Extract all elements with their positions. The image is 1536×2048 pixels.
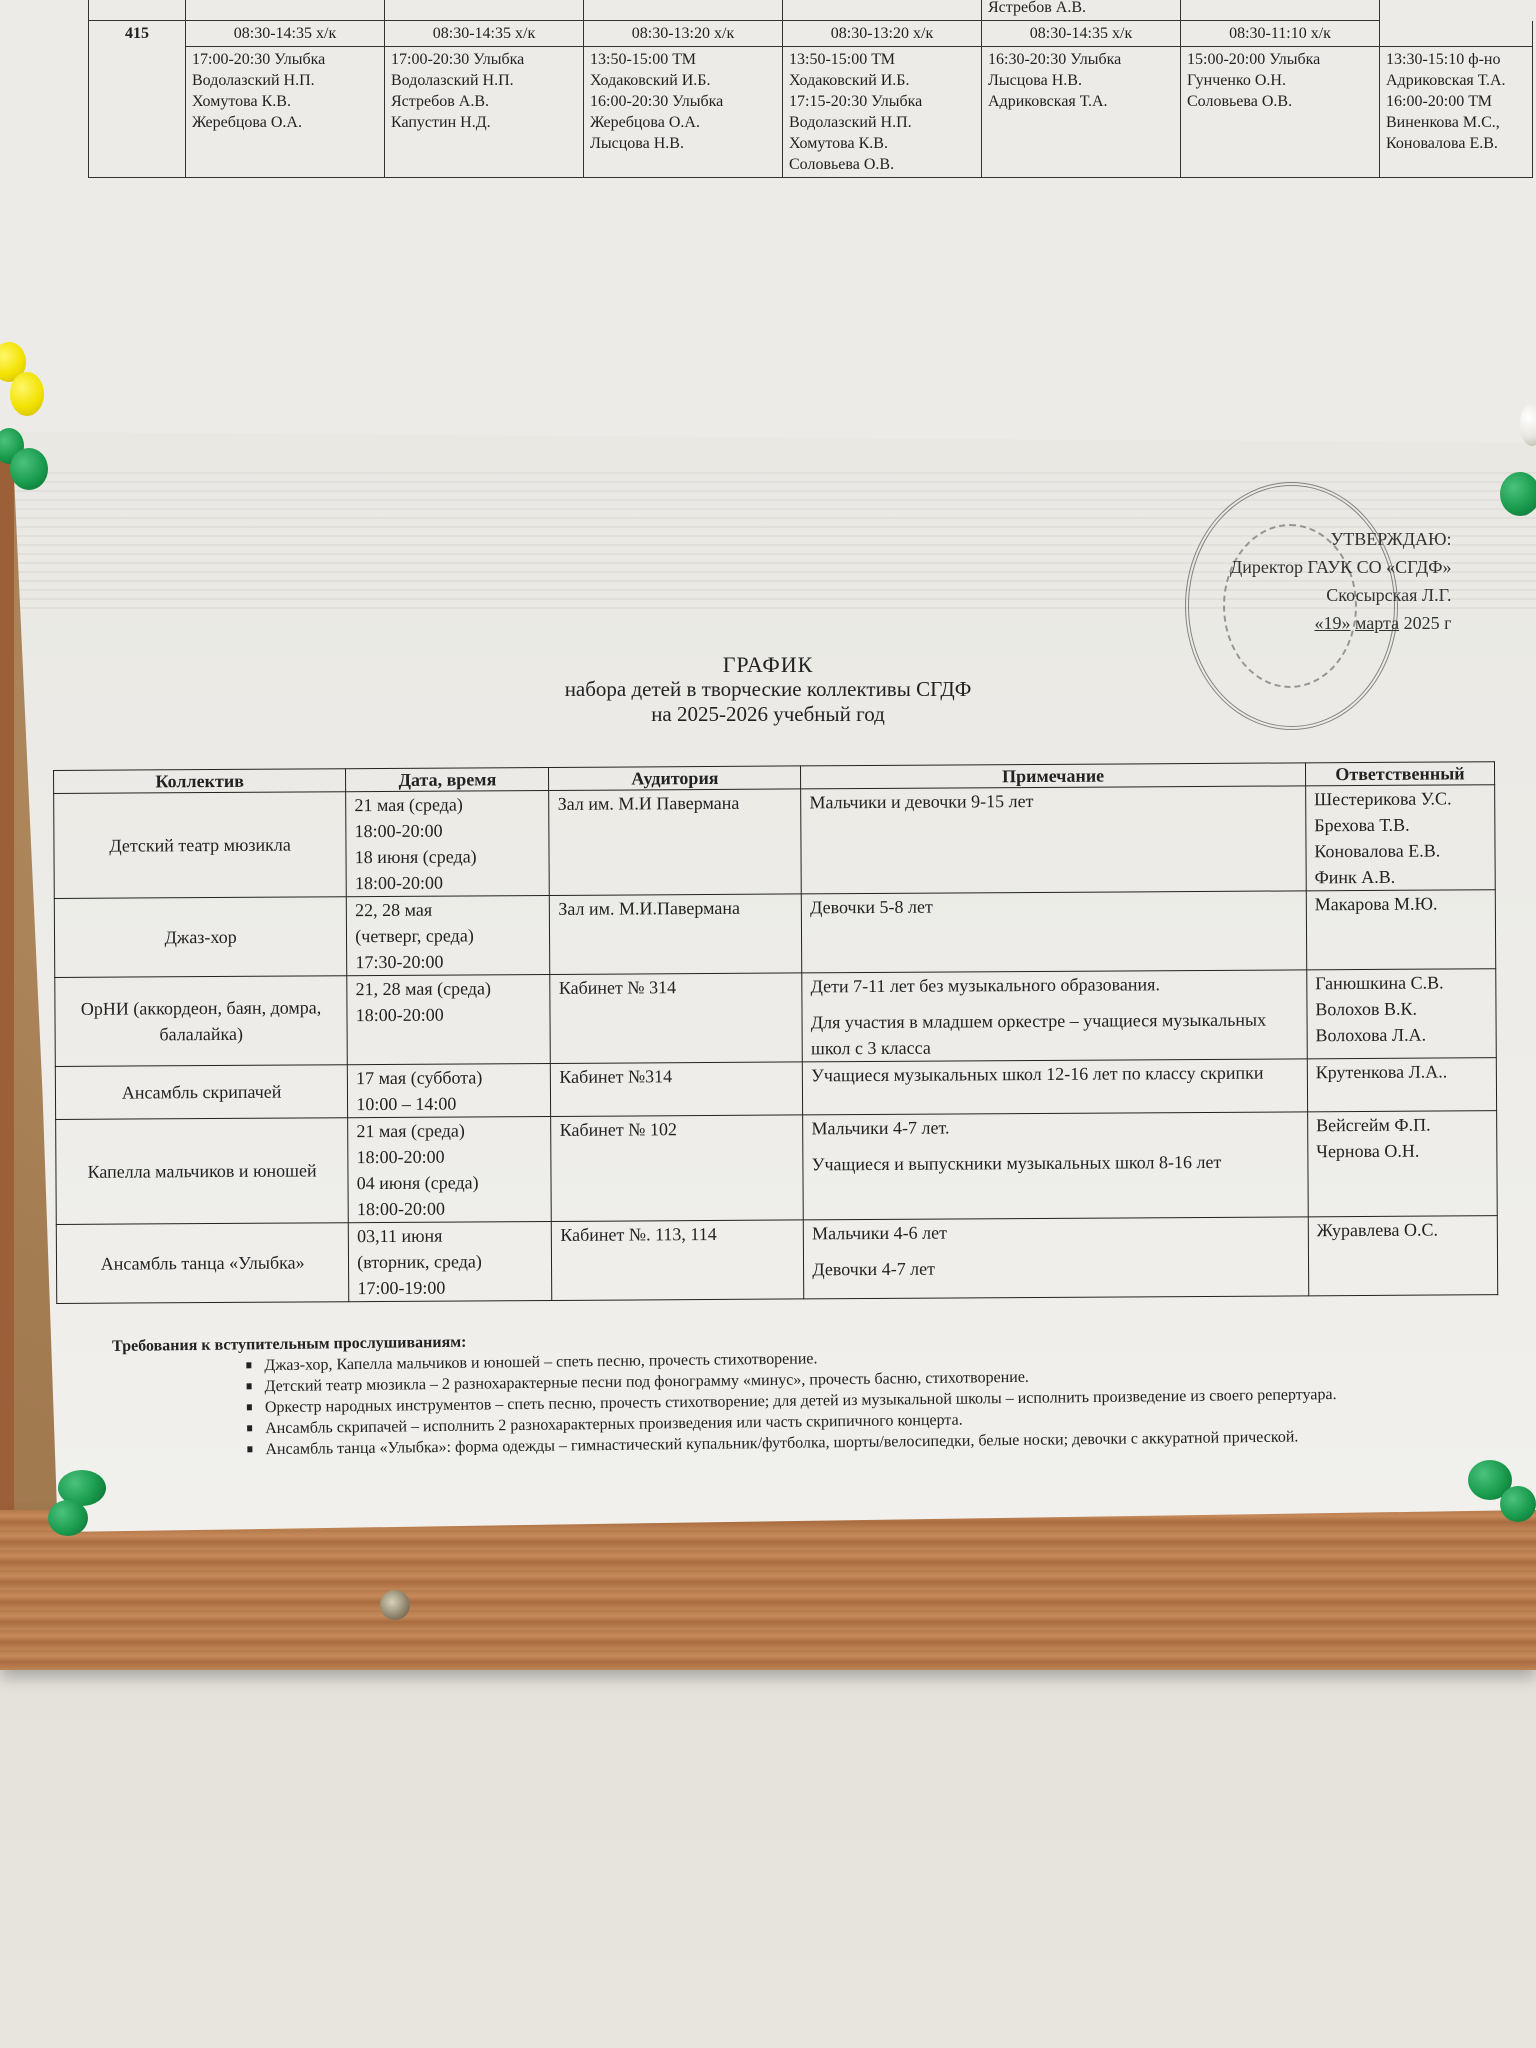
text-line: Макарова М.Ю. xyxy=(1315,890,1487,917)
text-line: Водолазский Н.П. xyxy=(391,70,577,91)
timetable-shift-row: 415 08:30-14:35 х/к 08:30-14:35 х/к 08:3… xyxy=(89,21,1533,47)
text-line: Журавлева О.С. xyxy=(1317,1216,1489,1243)
text-line: 21 мая (среда) xyxy=(354,791,540,818)
approval-date: «19» марта 2025 г xyxy=(1230,609,1451,637)
cell-date-time: 17 мая (суббота)10:00 – 14:00 xyxy=(348,1063,552,1117)
table-row: Детский театр мюзикла21 мая (среда)18:00… xyxy=(54,785,1496,899)
text-line: 17:00-19:00 xyxy=(357,1274,543,1301)
text-line: Вейсгейм Ф.П. xyxy=(1316,1111,1488,1138)
text-line: Мальчики 4-7 лет. xyxy=(811,1112,1299,1141)
text-line: Крутенкова Л.А.. xyxy=(1316,1058,1488,1085)
recruitment-schedule-table: Коллектив Дата, время Аудитория Примечан… xyxy=(53,761,1498,1304)
text-line: Мальчики 4-6 лет xyxy=(812,1217,1300,1246)
document-subtitle: набора детей в творческие коллективы СГД… xyxy=(0,677,1536,702)
document-title: ГРАФИК xyxy=(0,652,1536,677)
cell-responsible: Шестерикова У.С.Брехова Т.В.Коновалова Е… xyxy=(1305,785,1495,891)
activity-cell: 13:30-15:10 ф-ноАдриковская Т.А.16:00-20… xyxy=(1380,47,1533,178)
green-pin-icon xyxy=(1500,1486,1536,1522)
screw-icon xyxy=(380,1590,410,1620)
text-line: Соловьева О.В. xyxy=(789,154,975,175)
text-line: 18:00-20:00 xyxy=(355,817,541,844)
text-line: Соловьева О.В. xyxy=(1187,91,1373,112)
cell-date-time: 21 мая (среда)18:00-20:0018 июня (среда)… xyxy=(346,790,550,896)
activity-cell: 15:00-20:00 УлыбкаГунченко О.Н.Соловьева… xyxy=(1181,47,1380,178)
timetable-prev-row: Ястребов А.В. xyxy=(89,0,1533,21)
cell-note: Мальчики 4-7 лет.Учащиеся и выпускники м… xyxy=(803,1112,1308,1220)
text-line: Волохова Л.А. xyxy=(1315,1021,1487,1048)
text-line: Коновалова Е.В. xyxy=(1314,837,1486,864)
text-line: 17:00-20:30 Улыбка xyxy=(391,49,577,70)
text-line: Лысцова Н.В. xyxy=(590,133,776,154)
text-line: Учащиеся и выпускники музыкальных школ 8… xyxy=(812,1148,1300,1177)
activity-cell: 13:50-15:00 ТМХодаковский И.Б.17:15-20:3… xyxy=(783,47,982,178)
text-line: 21, 28 мая (среда) xyxy=(355,975,541,1002)
cell-collective: Джаз-хор xyxy=(54,897,347,978)
shift-cell: 08:30-13:20 х/к xyxy=(783,21,982,47)
yellow-pin-icon xyxy=(10,372,44,416)
room-number: 415 xyxy=(89,21,186,178)
text-line: 22, 28 мая xyxy=(355,896,541,923)
table-row: Ансамбль танца «Улыбка»03,11 июня(вторни… xyxy=(56,1216,1497,1304)
text-line: (вторник, среда) xyxy=(357,1248,543,1275)
shift-cell: 08:30-11:10 х/к xyxy=(1181,21,1380,47)
cell-responsible: Ганюшкина С.В.Волохов В.К.Волохова Л.А. xyxy=(1307,969,1497,1059)
green-pin-icon xyxy=(1500,472,1536,516)
cell-note: Мальчики 4-6 летДевочки 4-7 лет xyxy=(804,1217,1309,1299)
approval-heading: УТВЕРЖДАЮ: xyxy=(1230,525,1451,553)
cell-collective: ОрНИ (аккордеон, баян, домра, балалайка) xyxy=(55,976,348,1067)
text-line: 17 мая (суббота) xyxy=(356,1064,542,1091)
approval-position: Директор ГАУК СО «СГДФ» xyxy=(1230,553,1451,581)
text-line: 18:00-20:00 xyxy=(357,1195,543,1222)
cell-date-time: 22, 28 мая(четверг, среда)17:30-20:00 xyxy=(347,895,551,975)
text-line: 18 июня (среда) xyxy=(355,843,541,870)
text-line: 03,11 июня xyxy=(357,1222,543,1249)
shift-cell: 08:30-14:35 х/к xyxy=(385,21,584,47)
audition-requirements: Требования к вступительным прослушивания… xyxy=(112,1319,1483,1462)
text-line: (четверг, среда) xyxy=(355,922,541,949)
cell-note: Девочки 5-8 лет xyxy=(802,891,1307,973)
text-line: 17:30-20:00 xyxy=(355,948,541,975)
text-line: Хомутова К.В. xyxy=(789,133,975,154)
cell-room: Кабинет №. 113, 114 xyxy=(552,1220,804,1301)
text-line: 17:15-20:30 Улыбка xyxy=(789,91,975,112)
board-frame-bottom xyxy=(0,1510,1536,1670)
text-line: 16:00-20:00 ТМ xyxy=(1386,91,1526,112)
activity-cell: 16:30-20:30 УлыбкаЛысцова Н.В.Адриковска… xyxy=(982,47,1181,178)
text-line: Учащиеся музыкальных школ 12-16 лет по к… xyxy=(811,1059,1299,1088)
green-pin-icon xyxy=(10,448,48,490)
cell-room: Кабинет № 102 xyxy=(551,1115,803,1222)
table-row: Джаз-хор22, 28 мая(четверг, среда)17:30-… xyxy=(54,890,1495,978)
cell-collective: Капелла мальчиков и юношей xyxy=(56,1118,349,1225)
cell-note: Учащиеся музыкальных школ 12-16 лет по к… xyxy=(803,1059,1308,1115)
text-line: Жеребцова О.А. xyxy=(590,112,776,133)
shift-cell: 08:30-14:35 х/к xyxy=(982,21,1181,47)
text-line: Капустин Н.Д. xyxy=(391,112,577,133)
text-line: 17:00-20:30 Улыбка xyxy=(192,49,378,70)
header-room: Аудитория xyxy=(549,766,801,791)
text-line: 18:00-20:00 xyxy=(356,1001,542,1028)
shift-cell: 08:30-13:20 х/к xyxy=(584,21,783,47)
text-line: Водолазский Н.П. xyxy=(192,70,378,91)
cell-note: Дети 7-11 лет без музыкального образован… xyxy=(802,970,1307,1062)
text-line: Ястребов А.В. xyxy=(391,91,577,112)
document-title-block: ГРАФИК набора детей в творческие коллект… xyxy=(0,652,1536,727)
table-row: ОрНИ (аккордеон, баян, домра, балалайка)… xyxy=(55,969,1497,1067)
cell-room: Кабинет №314 xyxy=(551,1062,803,1117)
header-note: Примечание xyxy=(801,763,1306,789)
header-collective: Коллектив xyxy=(54,769,346,794)
cell-responsible: Крутенкова Л.А.. xyxy=(1307,1058,1496,1112)
activity-cell: 17:00-20:30 УлыбкаВодолазский Н.П.Ястреб… xyxy=(385,47,584,178)
text-line: 13:30-15:10 ф-но xyxy=(1386,49,1526,70)
text-line: Виненкова М.С., xyxy=(1386,112,1526,133)
cell-date-time: 03,11 июня(вторник, среда)17:00-19:00 xyxy=(349,1221,553,1301)
document-year: на 2025-2026 учебный год xyxy=(0,702,1536,727)
text-line: Волохов В.К. xyxy=(1315,995,1487,1022)
requirements-list: Джаз-хор, Капелла мальчиков и юношей – с… xyxy=(112,1340,1483,1462)
cell-collective: Ансамбль скрипачей xyxy=(55,1065,348,1120)
text-line: Шестерикова У.С. xyxy=(1314,785,1486,812)
text-line: Адриковская Т.А. xyxy=(988,91,1174,112)
text-line: 18:00-20:00 xyxy=(357,1143,543,1170)
approval-signatory: Скосырская Л.Г. xyxy=(1230,581,1451,609)
text-line: Брехова Т.В. xyxy=(1314,811,1486,838)
text-line: Девочки 5-8 лет xyxy=(810,891,1298,920)
shift-cell: 08:30-14:35 х/к xyxy=(186,21,385,47)
approval-block: УТВЕРЖДАЮ: Директор ГАУК СО «СГДФ» Скосы… xyxy=(1230,525,1451,637)
text-line: Ганюшкина С.В. xyxy=(1315,969,1487,996)
text-line: Водолазский Н.П. xyxy=(789,112,975,133)
text-line: 16:00-20:30 Улыбка xyxy=(590,91,776,112)
cell-room: Зал им. М.И.Павермана xyxy=(550,894,802,975)
green-pin-icon xyxy=(48,1500,88,1536)
text-line: Финк А.В. xyxy=(1314,863,1486,890)
text-line: Лысцова Н.В. xyxy=(988,70,1174,91)
text-line: 13:50-15:00 ТМ xyxy=(590,49,776,70)
table-body: Детский театр мюзикла21 мая (среда)18:00… xyxy=(54,785,1498,1304)
cell-responsible: Журавлева О.С. xyxy=(1308,1216,1498,1296)
text-line: Девочки 4-7 лет xyxy=(812,1253,1300,1282)
cell-collective: Ансамбль танца «Улыбка» xyxy=(56,1223,349,1304)
text-line: Для участия в младшем оркестре – учащиес… xyxy=(811,1006,1299,1061)
cell-responsible: Вейсгейм Ф.П.Чернова О.Н. xyxy=(1307,1111,1497,1217)
cell-date-time: 21 мая (среда)18:00-20:0004 июня (среда)… xyxy=(348,1116,552,1222)
activity-cell: 13:50-15:00 ТМХодаковский И.Б.16:00-20:3… xyxy=(584,47,783,178)
activity-cell: 17:00-20:30 УлыбкаВодолазский Н.П.Хомуто… xyxy=(186,47,385,178)
text-line: 13:50-15:00 ТМ xyxy=(789,49,975,70)
cell-collective: Детский театр мюзикла xyxy=(54,792,347,899)
text-line: Адриковская Т.А. xyxy=(1386,70,1526,91)
cell-note: Мальчики и девочки 9-15 лет xyxy=(801,786,1306,894)
room-timetable: Ястребов А.В. 415 08:30-14:35 х/к 08:30-… xyxy=(88,0,1533,178)
text-line: Мальчики и девочки 9-15 лет xyxy=(809,786,1297,815)
table-row: Ансамбль скрипачей17 мая (суббота)10:00 … xyxy=(55,1058,1496,1120)
text-line: Ходаковский И.Б. xyxy=(789,70,975,91)
cell-date-time: 21, 28 мая (среда)18:00-20:00 xyxy=(347,974,551,1064)
text-line: Хомутова К.В. xyxy=(192,91,378,112)
text-line: Ходаковский И.Б. xyxy=(590,70,776,91)
header-responsible: Ответственный xyxy=(1305,762,1494,786)
cell-room: Зал им. М.И Павермана xyxy=(549,789,801,896)
board-frame-left xyxy=(0,420,14,1620)
text-line: 21 мая (среда) xyxy=(356,1117,542,1144)
text-line: Чернова О.Н. xyxy=(1316,1137,1488,1164)
table-row: Капелла мальчиков и юношей21 мая (среда)… xyxy=(56,1111,1498,1225)
text-line: 18:00-20:00 xyxy=(355,869,541,896)
cell-responsible: Макарова М.Ю. xyxy=(1306,890,1496,970)
cell-room: Кабинет № 314 xyxy=(550,973,802,1064)
text-line: 15:00-20:00 Улыбка xyxy=(1187,49,1373,70)
text-line: Коновалова Е.В. xyxy=(1386,133,1526,154)
text-line: 10:00 – 14:00 xyxy=(356,1090,542,1117)
header-date-time: Дата, время xyxy=(346,767,549,791)
text-line: Гунченко О.Н. xyxy=(1187,70,1373,91)
text-line: Жеребцова О.А. xyxy=(192,112,378,133)
text-line: 04 июня (среда) xyxy=(357,1169,543,1196)
timetable-activities-row: 17:00-20:30 УлыбкаВодолазский Н.П.Хомуто… xyxy=(89,47,1533,178)
text-line: 16:30-20:30 Улыбка xyxy=(988,49,1174,70)
text-line: Дети 7-11 лет без музыкального образован… xyxy=(811,970,1299,999)
prev-row-name: Ястребов А.В. xyxy=(982,0,1181,21)
timetable-sheet: Ястребов А.В. 415 08:30-14:35 х/к 08:30-… xyxy=(0,0,1536,450)
